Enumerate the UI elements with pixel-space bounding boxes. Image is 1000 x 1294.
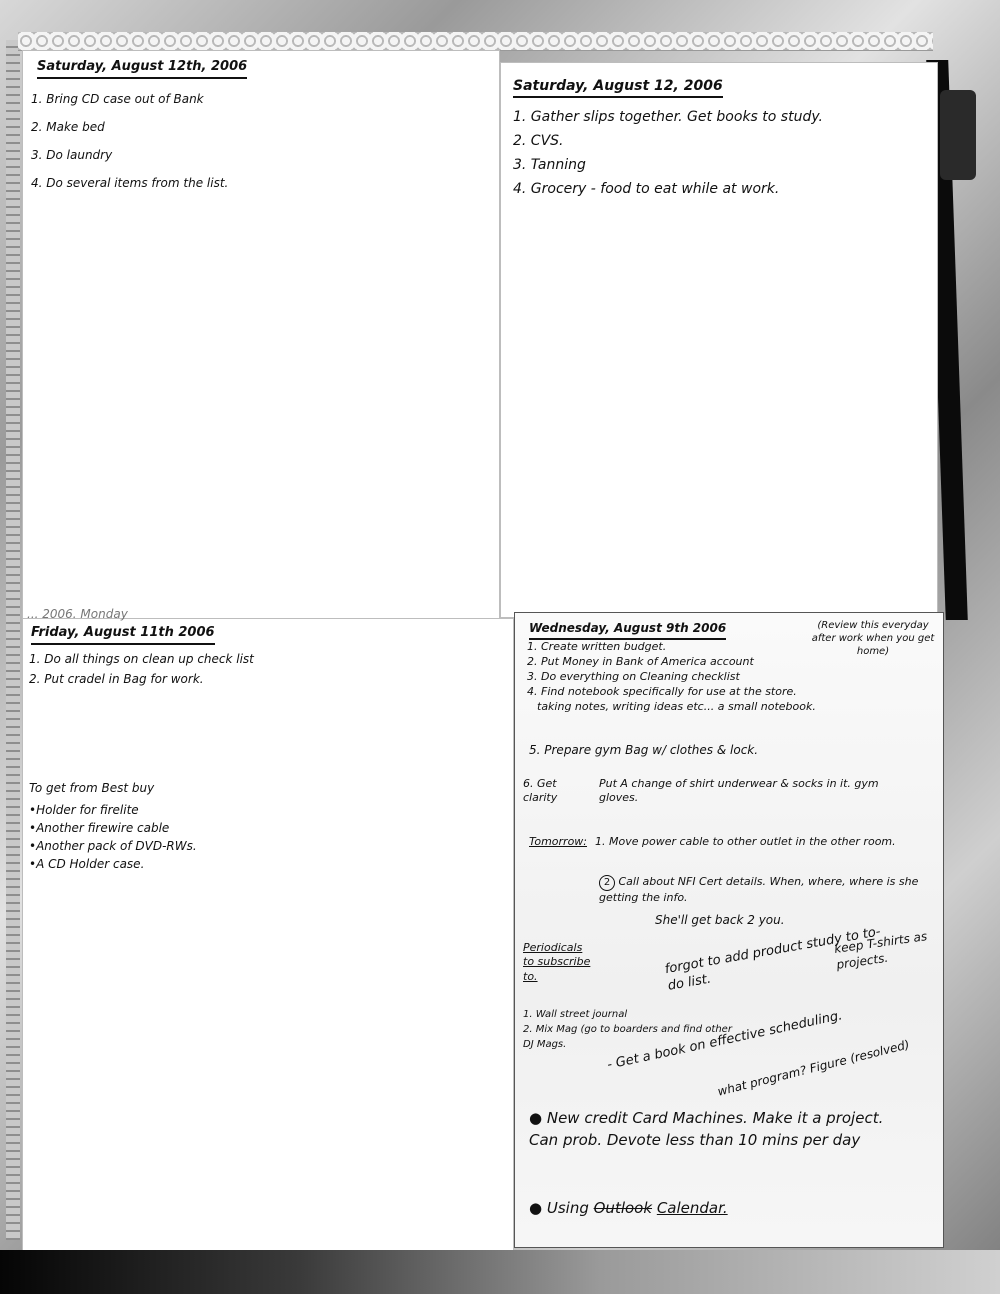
tomorrow-item-1: 1. Move power cable to other outlet in t… [595, 835, 925, 849]
page-wednesday-aug-9: Wednesday, August 9th 2006 (Review this … [514, 612, 944, 1248]
page-title: Saturday, August 12th, 2006 [37, 59, 247, 79]
list-item: 2. Make bed [31, 113, 228, 141]
list-item: 2. Put cradel in Bag for work. [29, 669, 254, 689]
list-item: 3. Do everything on Cleaning checklist [527, 669, 816, 684]
page-title: Saturday, August 12, 2006 [513, 77, 723, 98]
list-item: 5. Prepare gym Bag w/ clothes & lock. [529, 743, 758, 759]
bestbuy-list: Holder for firelite Another firewire cab… [29, 801, 197, 873]
periodicals-label: Periodicals to subscribe to. [523, 941, 593, 984]
review-note: (Review this everyday after work when yo… [811, 619, 935, 658]
list-item: 2. Put Money in Bank of America account [527, 654, 816, 669]
list-item: A CD Holder case. [29, 855, 197, 873]
page-title: Wednesday, August 9th 2006 [529, 621, 726, 640]
binder-spine [6, 40, 20, 1240]
list-item-continued: taking notes, writing ideas etc... a sma… [527, 699, 816, 714]
struck-word: Outlook [594, 1199, 652, 1217]
todo-list: 1. Bring CD case out of Bank 2. Make bed… [31, 85, 228, 197]
list-item: Another firewire cable [29, 819, 197, 837]
tomorrow-item-2-note: She'll get back 2 you. [655, 913, 785, 929]
todo-list: 1. Do all things on clean up check list … [29, 649, 254, 689]
binder-ring-strip [18, 32, 933, 51]
tomorrow-item-2-text: Call about NFI Cert details. When, where… [599, 875, 918, 904]
todo-list: 1. Gather slips together. Get books to s… [513, 105, 823, 201]
page-saturday-aug-12-b: Saturday, August 12, 2006 1. Gather slip… [500, 62, 938, 618]
list-item: 4. Find notebook specifically for use at… [527, 684, 816, 699]
list-item: 4. Grocery - food to eat while at work. [513, 177, 823, 201]
tomorrow-item-2: 2 Call about NFI Cert details. When, whe… [599, 875, 919, 905]
list-item: 1. Gather slips together. Get books to s… [513, 105, 823, 129]
circled-number: 2 [599, 875, 615, 891]
bullet-calendar: ● Using Outlook Calendar. [529, 1199, 728, 1219]
page-title: Friday, August 11th 2006 [31, 625, 215, 645]
list-item: 1. Bring CD case out of Bank [31, 85, 228, 113]
list-item: 4. Do several items from the list. [31, 169, 228, 197]
bullet-credit-card: New credit Card Machines. Make it a proj… [529, 1107, 909, 1151]
ghost-text: ... 2006. Monday [27, 607, 128, 623]
list-item: 3. Do laundry [31, 141, 228, 169]
list-item: 3. Tanning [513, 153, 823, 177]
calendar-word: Calendar. [657, 1199, 728, 1217]
page-saturday-aug-12-a: Saturday, August 12th, 2006 1. Bring CD … [22, 50, 500, 620]
list-item: 6. Get clarity [523, 777, 573, 806]
list-item: Another pack of DVD-RWs. [29, 837, 197, 855]
list-item: 1. Create written budget. [527, 639, 816, 654]
todo-list: 1. Create written budget. 2. Put Money i… [527, 639, 816, 714]
list-item: 2. CVS. [513, 129, 823, 153]
page-friday-aug-11: ... 2006. Monday Friday, August 11th 200… [22, 618, 514, 1268]
list-item: 1. Wall street journal [523, 1007, 743, 1022]
list-item: Holder for firelite [29, 801, 197, 819]
tomorrow-label: Tomorrow: [529, 835, 587, 849]
notebook-tab [940, 90, 976, 180]
list-item-detail: Put A change of shirt underwear & socks … [599, 777, 899, 806]
bestbuy-heading: To get from Best buy [29, 781, 154, 797]
scribble-program: what program? Figure (resolved) [716, 1037, 911, 1100]
background-fabric [0, 1250, 1000, 1294]
list-item: 1. Do all things on clean up check list [29, 649, 254, 669]
